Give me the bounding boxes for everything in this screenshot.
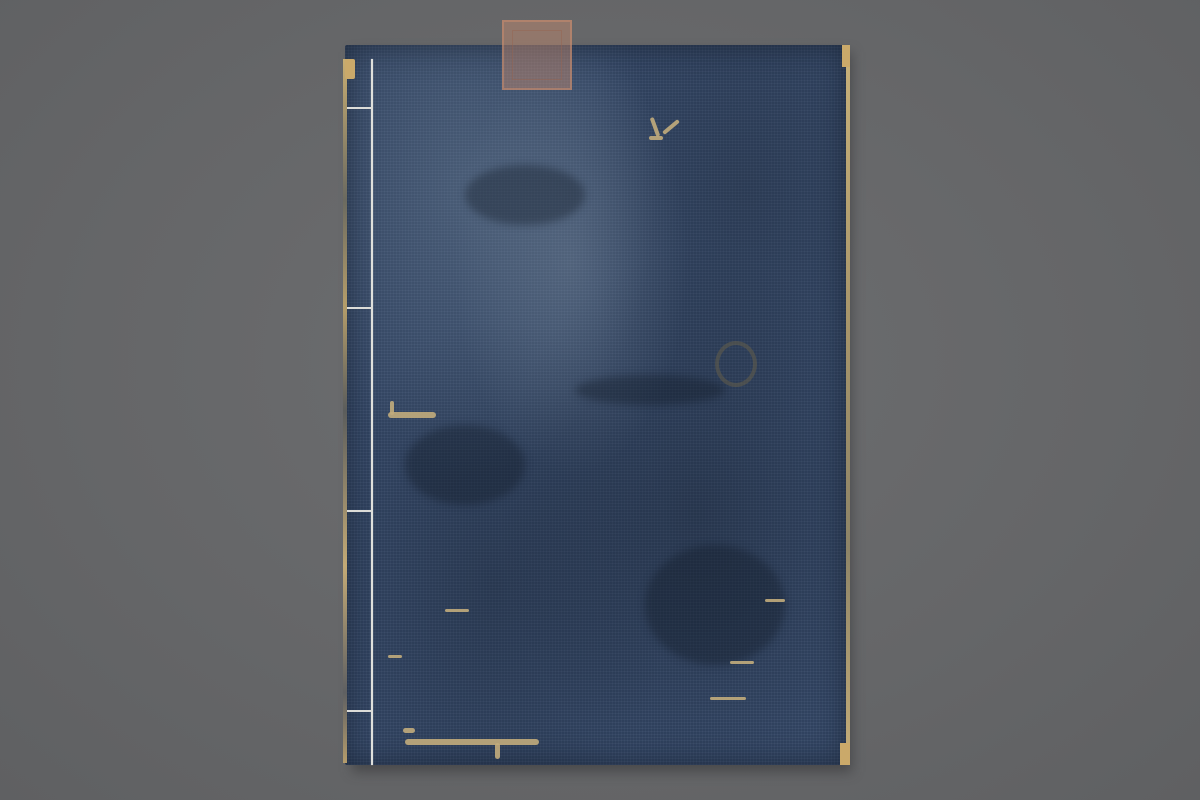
wear-mark (403, 728, 415, 733)
stain (645, 545, 785, 665)
book-cover (345, 45, 847, 765)
seal-inner-border (512, 30, 562, 80)
wear-mark (495, 743, 500, 759)
worn-corner-bottom-right (840, 743, 850, 765)
wear-mark (388, 412, 436, 418)
wear-mark (405, 739, 539, 745)
wear-mark (390, 401, 394, 415)
binding-stitch-3 (347, 510, 373, 512)
worn-corner-top-right (842, 45, 850, 67)
wear-mark (765, 599, 785, 602)
binding-stitch-2 (347, 307, 373, 309)
wear-mark (730, 661, 754, 664)
wear-mark (388, 655, 402, 658)
circular-stain (715, 341, 757, 387)
worn-corner-top-left (345, 59, 355, 79)
red-seal-stamp (502, 20, 572, 90)
wear-mark (445, 609, 469, 612)
page-edge-left (343, 59, 347, 763)
binding-thread (371, 59, 373, 765)
page-edge-right (846, 47, 850, 763)
stain (575, 375, 725, 405)
wear-mark-y (662, 119, 680, 135)
binding-stitch-4 (347, 710, 373, 712)
stain (405, 425, 525, 505)
wear-mark-y (649, 136, 663, 140)
wear-mark-y (650, 117, 661, 137)
wear-mark (710, 697, 746, 700)
stain (465, 165, 585, 225)
photo-scene (0, 0, 1200, 800)
binding-stitch-1 (347, 107, 373, 109)
